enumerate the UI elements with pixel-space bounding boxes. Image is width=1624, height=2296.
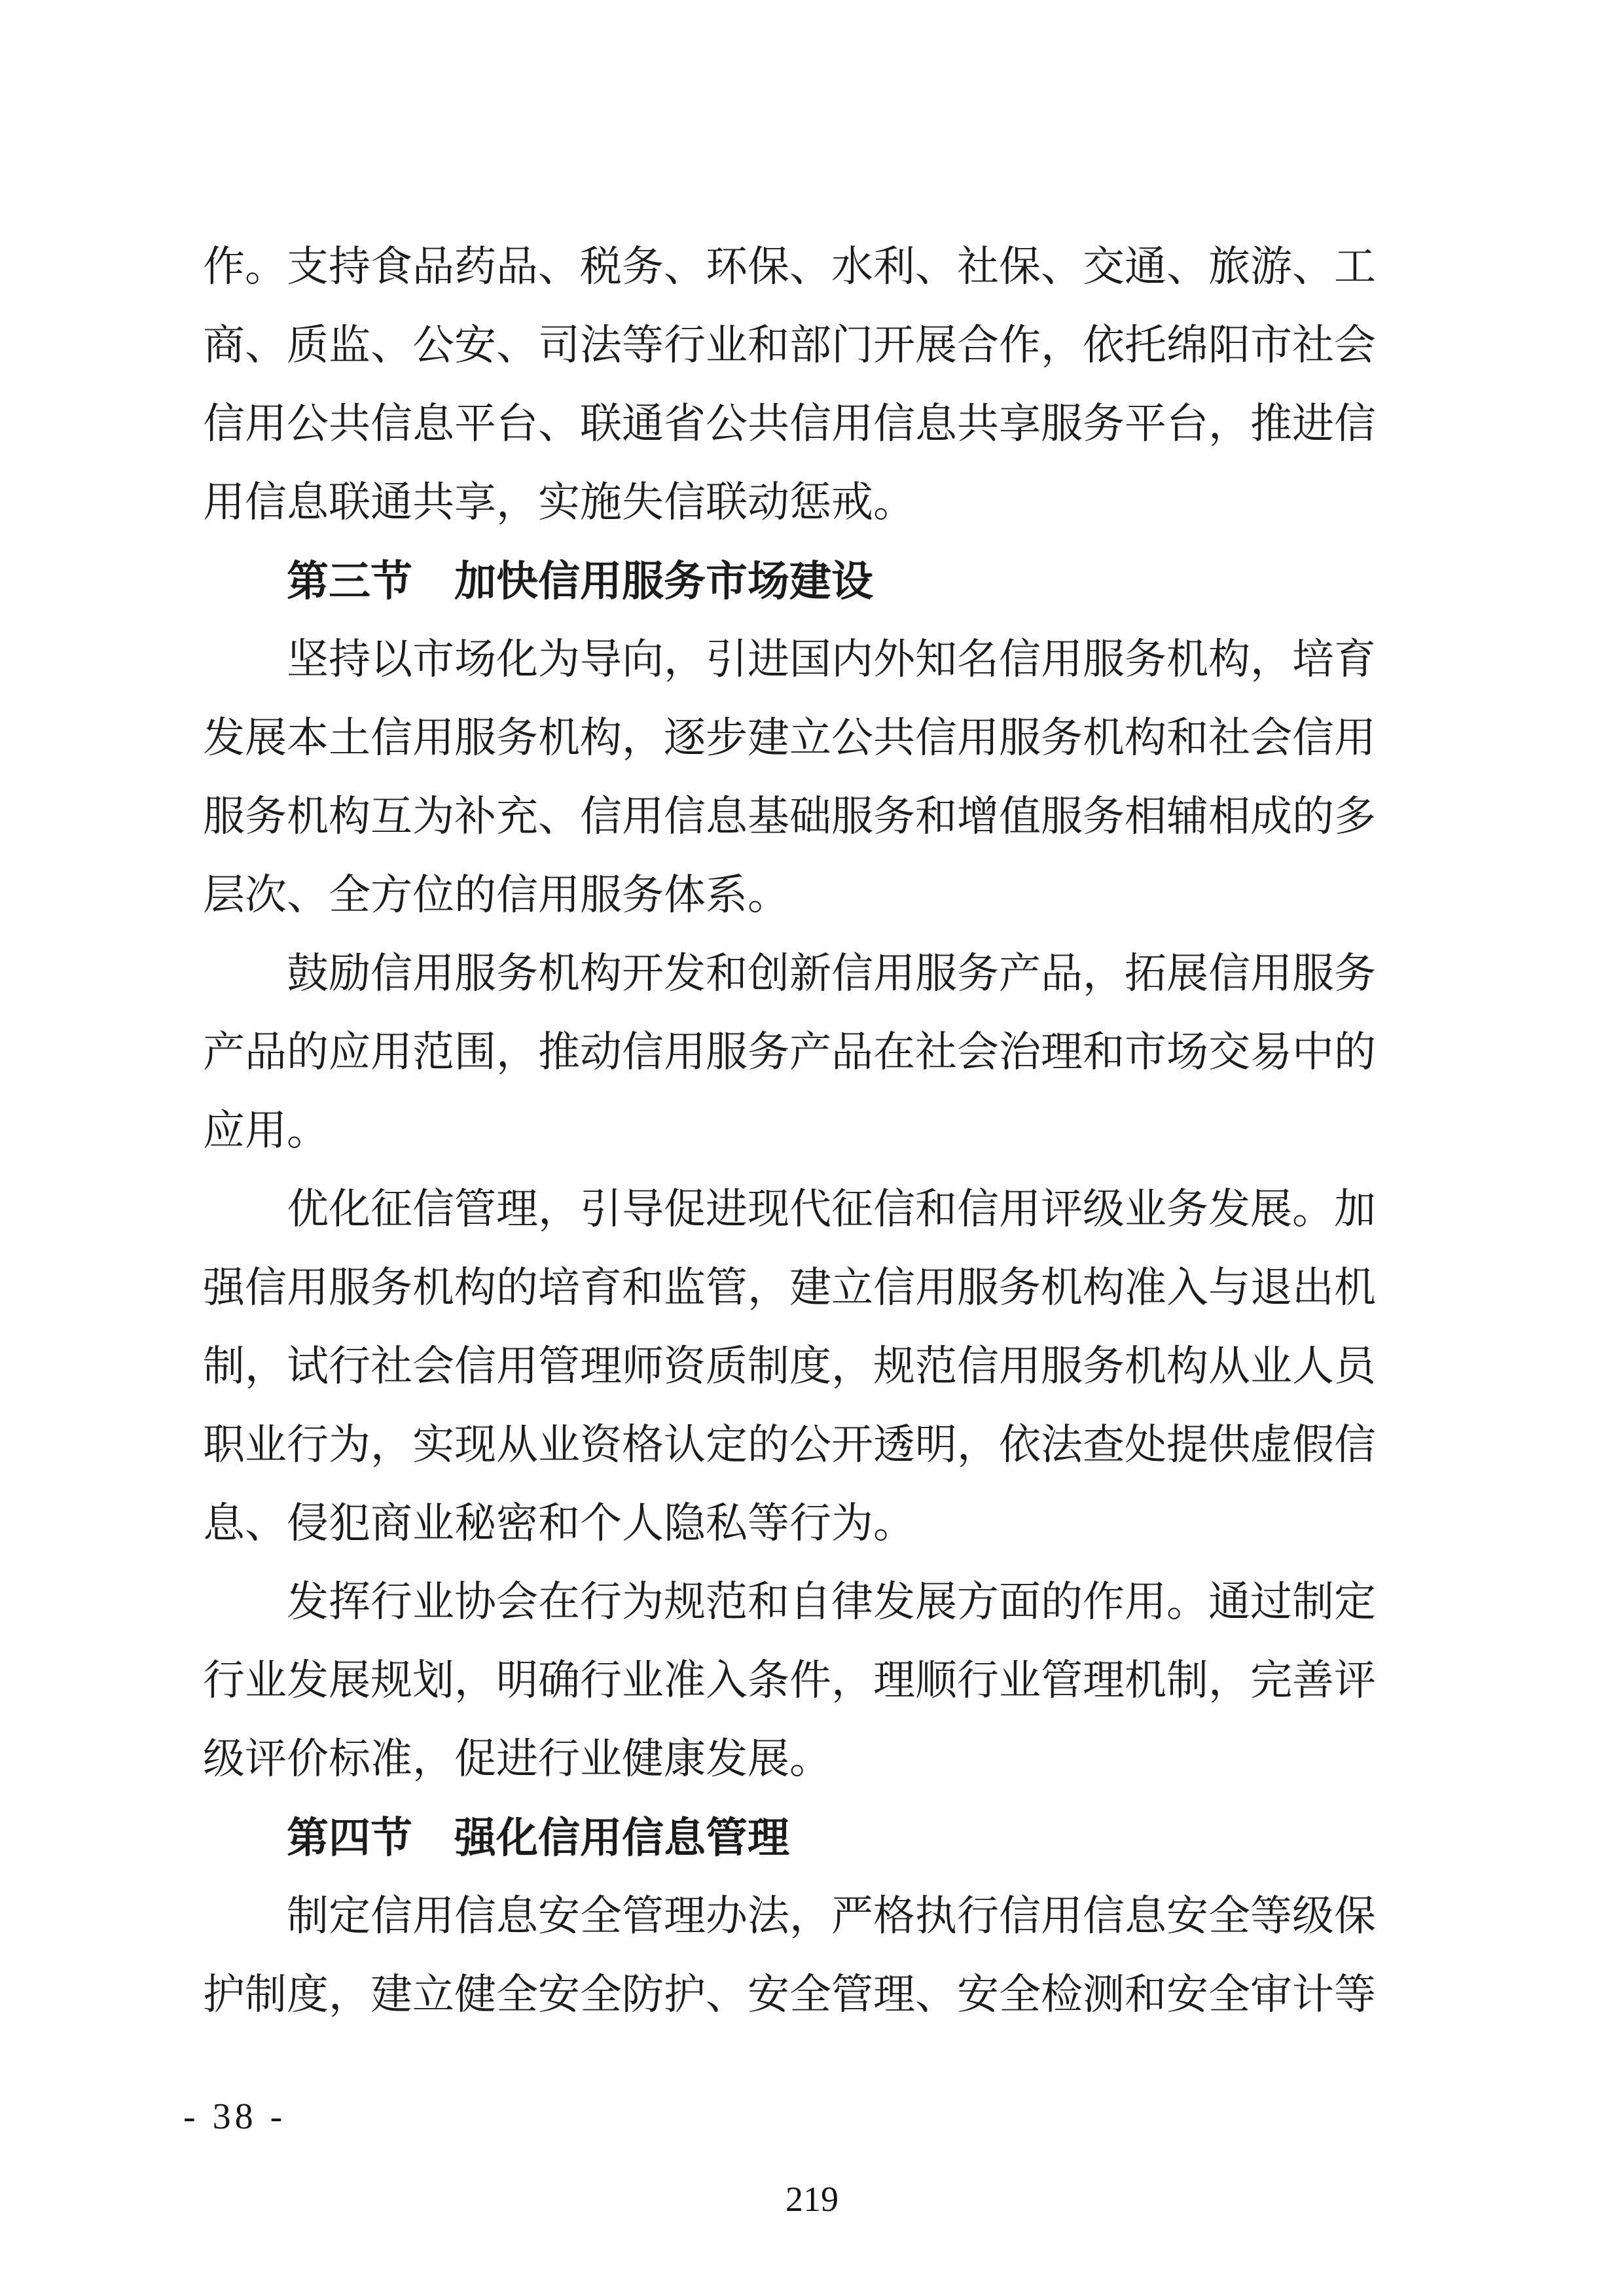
text-line: 发展本土信用服务机构，逐步建立公共信用服务机构和社会信用 — [203, 699, 1376, 778]
text-line: 制定信用信息安全管理办法，严格执行信用信息安全等级保 — [203, 1877, 1376, 1956]
document-page: 作。支持食品药品、税务、环保、水利、社保、交通、旅游、工商、质监、公安、司法等行… — [0, 0, 1624, 2296]
text-line: 层次、全方位的信用服务体系。 — [203, 856, 1376, 935]
text-line: 坚持以市场化为导向，引进国内外知名信用服务机构，培育 — [203, 620, 1376, 699]
section-heading: 第四节 强化信用信息管理 — [203, 1799, 1376, 1877]
text-line: 应用。 — [203, 1092, 1376, 1170]
text-line: 发挥行业协会在行为规范和自律发展方面的作用。通过制定 — [203, 1563, 1376, 1641]
text-line: 强信用服务机构的培育和监管，建立信用服务机构准入与退出机 — [203, 1249, 1376, 1327]
text-line: 鼓励信用服务机构开发和创新信用服务产品，拓展信用服务 — [203, 935, 1376, 1013]
text-line: 职业行为，实现从业资格认定的公开透明，依法查处提供虚假信 — [203, 1406, 1376, 1484]
text-line: 作。支持食品药品、税务、环保、水利、社保、交通、旅游、工 — [203, 228, 1376, 306]
text-line: 行业发展规划，明确行业准入条件，理顺行业管理机制，完善评 — [203, 1641, 1376, 1720]
text-line: 息、侵犯商业秘密和个人隐私等行为。 — [203, 1484, 1376, 1563]
text-line: 信用公共信息平台、联通省公共信用信息共享服务平台，推进信 — [203, 385, 1376, 463]
section-heading: 第三节 加快信用服务市场建设 — [203, 542, 1376, 620]
document-body: 作。支持食品药品、税务、环保、水利、社保、交通、旅游、工商、质监、公安、司法等行… — [203, 228, 1376, 2034]
text-line: 用信息联通共享，实施失信联动惩戒。 — [203, 463, 1376, 542]
page-number: 219 — [0, 2178, 1624, 2220]
text-line: 优化征信管理，引导促进现代征信和信用评级业务发展。加 — [203, 1170, 1376, 1249]
text-line: 护制度，建立健全安全防护、安全管理、安全检测和安全审计等 — [203, 1956, 1376, 2034]
text-line: 级评价标准，促进行业健康发展。 — [203, 1720, 1376, 1799]
text-line: 服务机构互为补充、信用信息基础服务和增值服务相辅相成的多 — [203, 778, 1376, 856]
text-line: 产品的应用范围，推动信用服务产品在社会治理和市场交易中的 — [203, 1013, 1376, 1092]
footer-page-label: - 38 - — [183, 2093, 286, 2140]
text-line: 制，试行社会信用管理师资质制度，规范信用服务机构从业人员 — [203, 1327, 1376, 1406]
text-line: 商、质监、公安、司法等行业和部门开展合作，依托绵阳市社会 — [203, 306, 1376, 385]
